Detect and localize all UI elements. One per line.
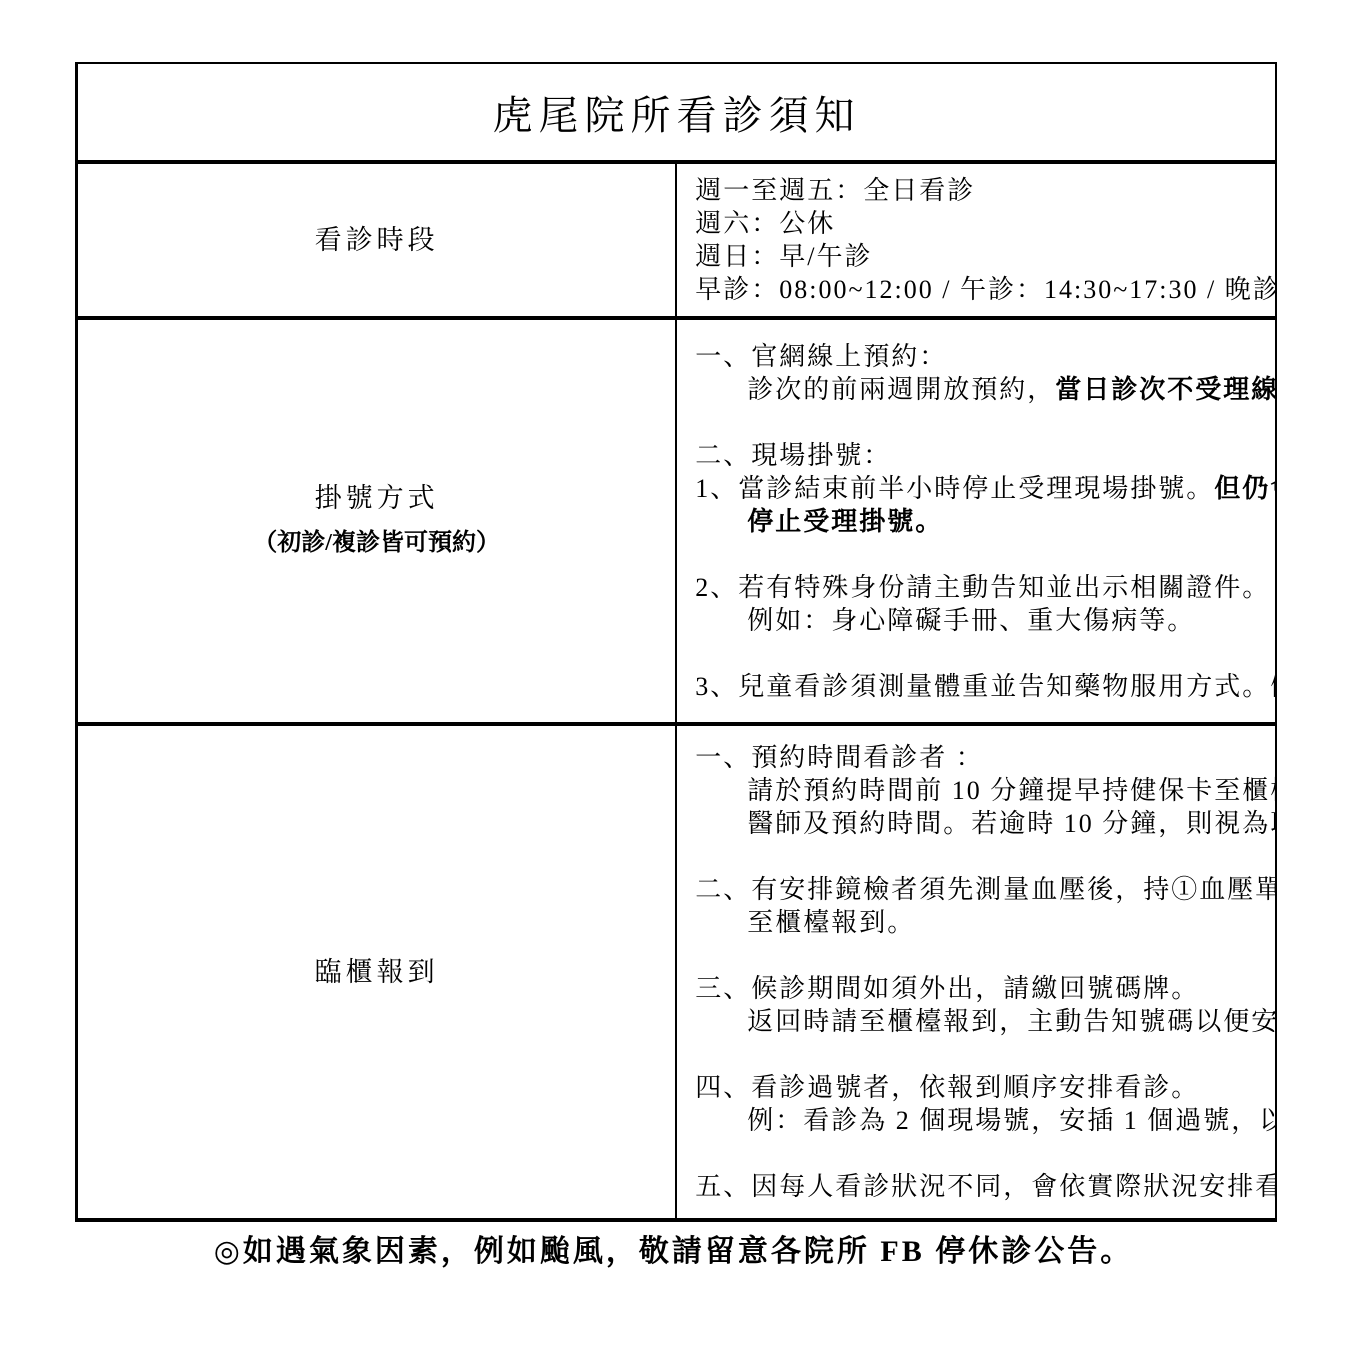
text-segment: 例如：身心障礙手冊、重大傷病等。	[747, 606, 1195, 635]
text-segment: 三、候診期間如須外出，請繳回號碼牌。	[695, 974, 1199, 1003]
text-segment: 四、看診過號者，依報到順序安排看診。	[695, 1073, 1199, 1102]
paragraph: 三、候診期間如須外出，請繳回號碼牌。返回時請至櫃檯報到，主動告知號碼以便安排看診…	[695, 972, 1263, 1038]
content-line: 早診：08:00~12:00 / 午診：14:30~17:30 / 晚診：18:…	[695, 273, 1263, 306]
paragraph: 二、現場掛號：1、當診結束前半小時停止受理現場掛號。但仍會視現場實際情況提早停止…	[695, 439, 1263, 538]
paragraph: 四、看診過號者，依報到順序安排看診。例：看診為 2 個現場號，安插 1 個過號，…	[695, 1071, 1263, 1137]
table-row-registration: 掛號方式（初診/複診皆可預約）一、官網線上預約：診次的前兩週開放預約，當日診次不…	[77, 318, 1277, 724]
content-line: 週日：早/午診	[695, 240, 1263, 273]
bold-text-segment: 停止受理掛號。	[747, 507, 943, 536]
text-segment: 至櫃檯報到。	[747, 908, 915, 937]
table-row-checkin: 臨櫃報到一、預約時間看診者 ：請於預約時間前 10 分鐘提早持健保卡至櫃檯報到，…	[77, 724, 1277, 1220]
paragraph: 2、若有特殊身份請主動告知並出示相關證件。例如：身心障礙手冊、重大傷病等。	[695, 571, 1263, 637]
content-line: 二、現場掛號：	[695, 439, 1263, 472]
text-segment: 週一至週五：全日看診	[695, 176, 975, 205]
content-line: 3、兒童看診須測量體重並告知藥物服用方式。例如：藥粉、藥丸。	[695, 670, 1263, 703]
content-line: 醫師及預約時間。若逾時 10 分鐘，則視為取消預約。	[747, 807, 1263, 840]
content-line: 例如：身心障礙手冊、重大傷病等。	[747, 604, 1263, 637]
bold-text-segment: 但仍會視現場實際情況提早	[1214, 474, 1276, 503]
text-segment: 一、官網線上預約：	[695, 342, 947, 371]
text-segment: 3、兒童看診須測量體重並告知藥物服用方式。例如：藥粉、藥丸。	[695, 672, 1276, 701]
row-sublabel-text: （初診/複診皆可預約）	[79, 521, 674, 566]
content-line: 五、因每人看診狀況不同，會依實際狀況安排看診，敬請耐心候診。	[695, 1170, 1263, 1203]
content-line: 2、若有特殊身份請主動告知並出示相關證件。	[695, 571, 1263, 604]
notice-table: 虎尾院所看診須知 看診時段週一至週五：全日看診週六：公休週日：早/午診早診：08…	[75, 62, 1277, 1222]
content-line: 四、看診過號者，依報到順序安排看診。	[695, 1071, 1263, 1104]
paragraph: 五、因每人看診狀況不同，會依實際狀況安排看診，敬請耐心候診。	[695, 1170, 1263, 1203]
weather-footer-note: ◎如遇氣象因素，例如颱風，敬請留意各院所 FB 停休診公告。	[0, 1226, 1347, 1270]
content-line: 三、候診期間如須外出，請繳回號碼牌。	[695, 972, 1263, 1005]
row-label-text: 臨櫃報到	[79, 950, 674, 995]
text-segment: 週六：公休	[695, 209, 835, 238]
row-content-registration: 一、官網線上預約：診次的前兩週開放預約，當日診次不受理線上預約。二、現場掛號：1…	[676, 318, 1276, 724]
content-line: 例：看診為 2 個現場號，安插 1 個過號，以此類推。	[747, 1104, 1263, 1137]
paragraph: 二、有安排鏡檢者須先測量血壓後，持①血壓單②鏡檢預約單③健保卡至櫃檯報到。	[695, 873, 1263, 939]
notice-table-body: 虎尾院所看診須知 看診時段週一至週五：全日看診週六：公休週日：早/午診早診：08…	[77, 63, 1277, 1220]
text-segment: 請於預約時間前 10 分鐘提早持健保卡至櫃檯報到，並主動告知預約	[747, 776, 1276, 805]
paragraph: 一、預約時間看診者 ：請於預約時間前 10 分鐘提早持健保卡至櫃檯報到，並主動告…	[695, 741, 1263, 840]
text-segment: 醫師及預約時間。若逾時 10 分鐘，則視為取消預約。	[747, 809, 1276, 838]
text-segment: 1、當診結束前半小時停止受理現場掛號。	[695, 474, 1214, 503]
row-content-checkin: 一、預約時間看診者 ：請於預約時間前 10 分鐘提早持健保卡至櫃檯報到，並主動告…	[676, 724, 1276, 1220]
content-line: 診次的前兩週開放預約，當日診次不受理線上預約。	[747, 373, 1263, 406]
row-label-clinic-hours: 看診時段	[77, 162, 677, 318]
bold-text-segment: 當日診次不受理線上預約	[1055, 375, 1276, 404]
content-line: 至櫃檯報到。	[747, 906, 1263, 939]
row-label-registration: 掛號方式（初診/複診皆可預約）	[77, 318, 677, 724]
row-label-text: 看診時段	[79, 218, 674, 263]
page-title: 虎尾院所看診須知	[77, 63, 1277, 162]
content-line: 一、預約時間看診者 ：	[695, 741, 1263, 774]
text-segment: 診次的前兩週開放預約，	[747, 375, 1055, 404]
content-line: 二、有安排鏡檢者須先測量血壓後，持①血壓單②鏡檢預約單③健保卡	[695, 873, 1263, 906]
title-row: 虎尾院所看診須知	[77, 63, 1277, 162]
text-segment: 2、若有特殊身份請主動告知並出示相關證件。	[695, 573, 1270, 602]
paragraph: 週一至週五：全日看診週六：公休週日：早/午診早診：08:00~12:00 / 午…	[695, 174, 1263, 306]
paragraph: 一、官網線上預約：診次的前兩週開放預約，當日診次不受理線上預約。	[695, 340, 1263, 406]
row-label-checkin: 臨櫃報到	[77, 724, 677, 1220]
content-line: 請於預約時間前 10 分鐘提早持健保卡至櫃檯報到，並主動告知預約	[747, 774, 1263, 807]
row-content-clinic-hours: 週一至週五：全日看診週六：公休週日：早/午診早診：08:00~12:00 / 午…	[676, 162, 1276, 318]
content-line: 返回時請至櫃檯報到，主動告知號碼以便安排看診。	[747, 1005, 1263, 1038]
notice-page: 虎尾院所看診須知 看診時段週一至週五：全日看診週六：公休週日：早/午診早診：08…	[0, 0, 1347, 1353]
content-line: 一、官網線上預約：	[695, 340, 1263, 373]
content-line: 週一至週五：全日看診	[695, 174, 1263, 207]
text-segment: 一、預約時間看診者 ：	[695, 743, 984, 772]
text-segment: 返回時請至櫃檯報到，主動告知號碼以便安排看診。	[747, 1007, 1276, 1036]
row-label-text: 掛號方式	[79, 476, 674, 521]
text-segment: 五、因每人看診狀況不同，會依實際狀況安排看診，敬請耐心候診。	[695, 1172, 1276, 1201]
content-line: 週六：公休	[695, 207, 1263, 240]
text-segment: 早診：08:00~12:00 / 午診：14:30~17:30 / 晚診：18:…	[695, 275, 1276, 304]
text-segment: 週日：早/午診	[695, 242, 872, 271]
text-segment: 二、有安排鏡檢者須先測量血壓後，持①血壓單②鏡檢預約單③健保卡	[695, 875, 1276, 904]
text-segment: 二、現場掛號：	[695, 441, 891, 470]
paragraph: 3、兒童看診須測量體重並告知藥物服用方式。例如：藥粉、藥丸。	[695, 670, 1263, 703]
text-segment: 例：看診為 2 個現場號，安插 1 個過號，以此類推。	[747, 1106, 1276, 1135]
content-line: 1、當診結束前半小時停止受理現場掛號。但仍會視現場實際情況提早	[695, 472, 1263, 505]
content-line: 停止受理掛號。	[747, 505, 1263, 538]
table-row-clinic-hours: 看診時段週一至週五：全日看診週六：公休週日：早/午診早診：08:00~12:00…	[77, 162, 1277, 318]
